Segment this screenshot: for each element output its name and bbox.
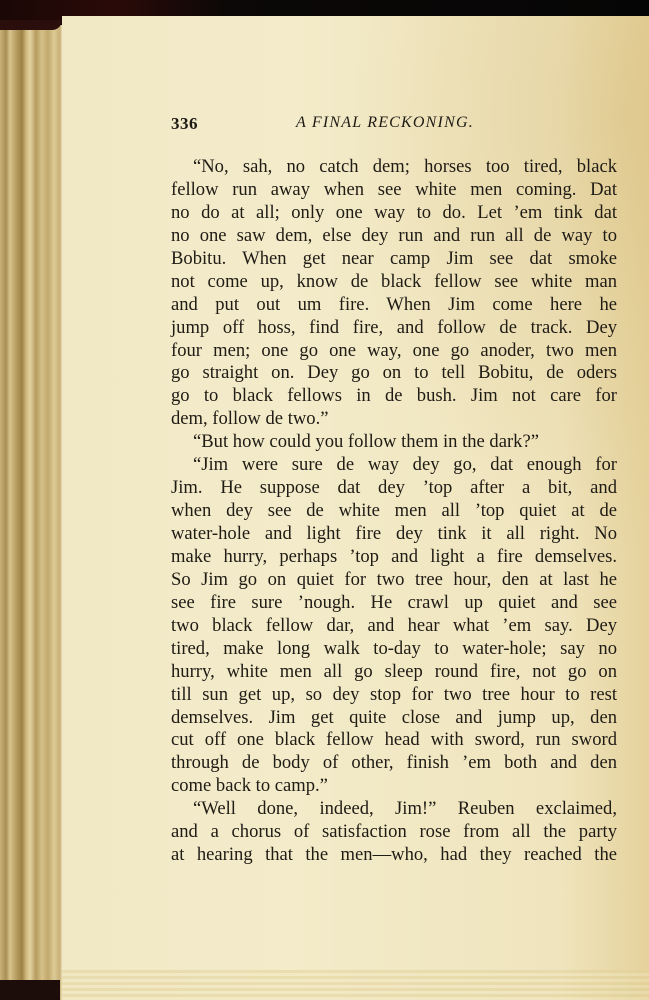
text-line: no one saw dem, else dey run and run all…	[171, 225, 617, 248]
text-line: and a chorus of satisfaction rose from a…	[171, 821, 617, 844]
page-number: 336	[171, 114, 198, 134]
book-binding-bottom	[0, 980, 60, 1000]
running-head: 336 A FINAL RECKONING.	[171, 114, 617, 136]
text-line: and put out um fire. When Jim come here …	[171, 294, 617, 317]
book-page-edges	[0, 25, 62, 1000]
text-line: go straight on. Dey go on to tell Bobitu…	[171, 362, 617, 385]
text-line: when dey see de white men all ’top quiet…	[171, 500, 617, 523]
text-line: tired, make long walk to-day to water-ho…	[171, 638, 617, 661]
text-line: Jim. He suppose dat dey ’top after a bit…	[171, 477, 617, 500]
chapter-title: A FINAL RECKONING.	[296, 114, 474, 132]
text-line: at hearing that the men—who, had they re…	[171, 844, 617, 867]
text-line: “No, sah, no catch dem; horses too tired…	[171, 156, 617, 179]
text-line: go to black fellows in de bush. Jim not …	[171, 385, 617, 408]
text-line: make hurry, perhaps ’top and light a fir…	[171, 546, 617, 569]
text-line: dem, follow de two.”	[171, 408, 617, 431]
text-line: jump off hoss, find fire, and follow de …	[171, 317, 617, 340]
text-line: come back to camp.”	[171, 775, 617, 798]
text-line: see fire sure ’nough. He crawl up quiet …	[171, 592, 617, 615]
text-line: Bobitu. When get near camp Jim see dat s…	[171, 248, 617, 271]
text-line: cut off one black fellow head with sword…	[171, 729, 617, 752]
book-binding-edge	[0, 20, 62, 30]
text-line: fellow run away when see white men comin…	[171, 179, 617, 202]
text-line: “But how could you follow them in the da…	[171, 431, 617, 454]
text-line: demselves. Jim get quite close and jump …	[171, 707, 617, 730]
text-line: “Jim were sure de way dey go, dat enough…	[171, 454, 617, 477]
text-line: “Well done, indeed, Jim!” Reuben exclaim…	[171, 798, 617, 821]
text-line: So Jim go on quiet for two tree hour, de…	[171, 569, 617, 592]
text-line: water-hole and light fire dey tink it al…	[171, 523, 617, 546]
text-line: hurry, white men all go sleep round fire…	[171, 661, 617, 684]
text-line: four men; one go one way, one go anoder,…	[171, 340, 617, 363]
body-text: “No, sah, no catch dem; horses too tired…	[171, 156, 617, 867]
text-line: not come up, know de black fellow see wh…	[171, 271, 617, 294]
text-line: no do at all; only one way to do. Let ’e…	[171, 202, 617, 225]
text-line: two black fellow dar, and hear what ’em …	[171, 615, 617, 638]
text-line: through de body of other, finish ’em bot…	[171, 752, 617, 775]
text-line: till sun get up, so dey stop for two tre…	[171, 684, 617, 707]
